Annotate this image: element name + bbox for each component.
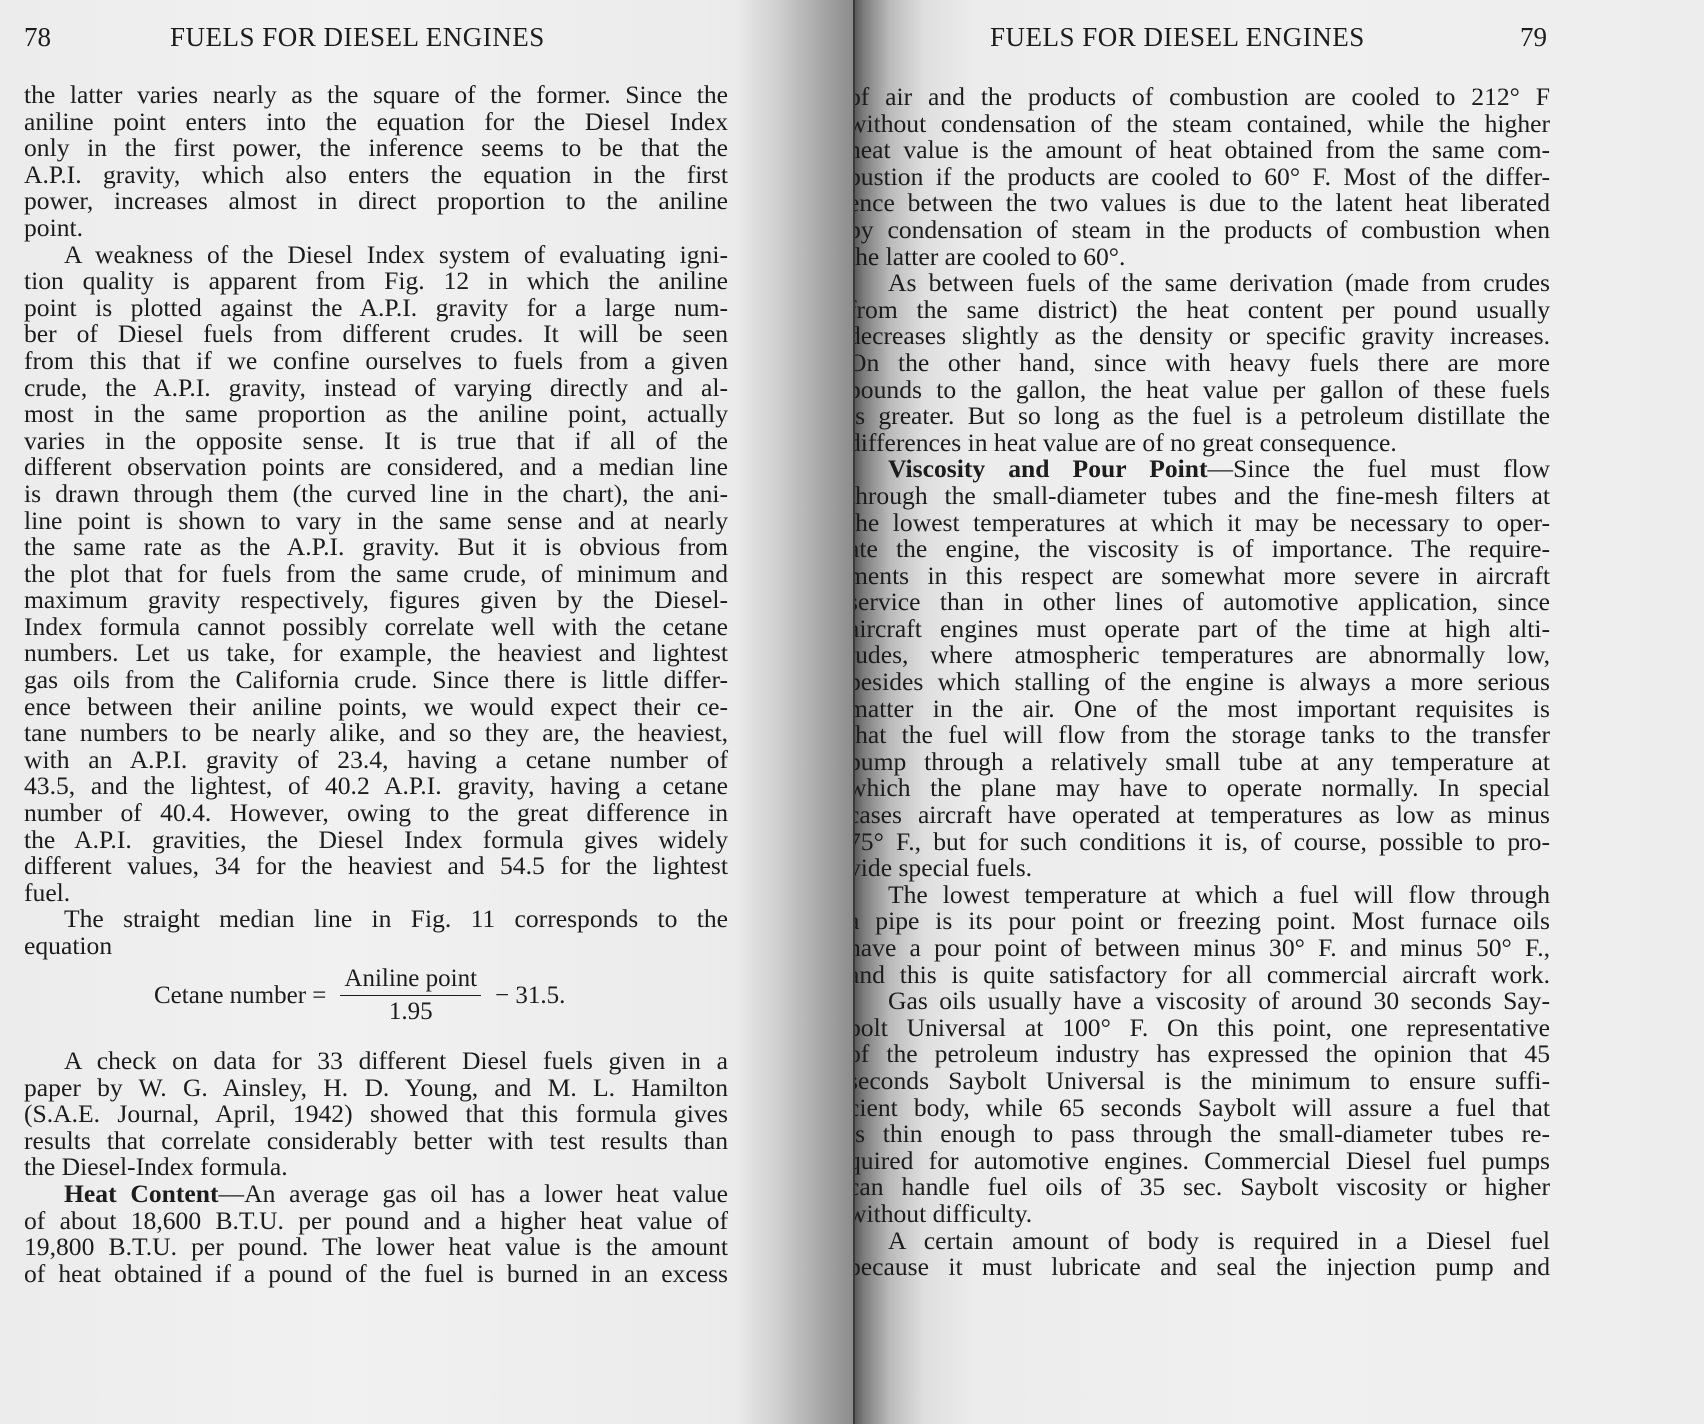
text-line: The lowest temperature at which a fuel w… — [855, 882, 1550, 909]
text-line: A.P.I. gravity, which also enters the eq… — [24, 162, 728, 189]
text-line: 75° F., but for such conditions it is, o… — [855, 829, 1550, 856]
text-line: is greater. But so long as the fuel is a… — [855, 403, 1550, 430]
text-line: results that correlate considerably bett… — [24, 1128, 728, 1155]
text-line: number of 40.4. However, owing to the gr… — [24, 800, 728, 827]
body-text-left-a: the latter varies nearly as the square o… — [24, 82, 728, 960]
heat-content-line: Heat Content—An average gas oil has a lo… — [24, 1181, 728, 1208]
text-line: tane numbers to be nearly alike, and so … — [24, 720, 728, 747]
text-line: decreases slightly as the density or spe… — [855, 323, 1550, 350]
text-run: —Since the fuel must flow — [1208, 454, 1551, 483]
text-line: On the other hand, since with heavy fuel… — [855, 350, 1550, 377]
text-line: quired for automotive engines. Commercia… — [855, 1148, 1550, 1175]
text-line: The straight median line in Fig. 11 corr… — [24, 906, 728, 933]
text-line: fuel. — [24, 880, 728, 907]
right-page: FUELS FOR DIESEL ENGINES 79 of air and t… — [855, 0, 1704, 1424]
text-line: A weakness of the Diesel Index system of… — [24, 242, 728, 269]
text-line: A check on data for 33 different Diesel … — [24, 1048, 728, 1075]
text-line: A certain amount of body is required in … — [855, 1228, 1550, 1255]
text-line: that the fuel will flow from the storage… — [855, 722, 1550, 749]
body-text-left-b: A check on data for 33 different Diesel … — [24, 1048, 728, 1287]
text-line: ber of Diesel fuels from different crude… — [24, 321, 728, 348]
text-line: from the same district) the heat content… — [855, 297, 1550, 324]
text-line: is thin enough to pass through the small… — [855, 1121, 1550, 1148]
text-line: 43.5, and the lightest, of 40.2 A.P.I. g… — [24, 773, 728, 800]
text-line: have a pour point of between minus 30° F… — [855, 935, 1550, 962]
equation-rhs: − 31.5. — [495, 982, 565, 1010]
text-line: without difficulty. — [855, 1201, 1550, 1228]
text-line: seconds Saybolt Universal is the minimum… — [855, 1068, 1550, 1095]
equation-fraction: Aniline point 1.95 — [340, 965, 481, 1026]
equation-denominator: 1.95 — [389, 996, 433, 1026]
text-line: different observation points are conside… — [24, 454, 728, 481]
text-line: aniline point enters into the equation f… — [24, 109, 728, 136]
text-line: the plot that for fuels from the same cr… — [24, 561, 728, 588]
text-line: with an A.P.I. gravity of 23.4, having a… — [24, 747, 728, 774]
text-line: Gas oils usually have a viscosity of aro… — [855, 988, 1550, 1015]
text-line: cient body, while 65 seconds Saybolt wil… — [855, 1095, 1550, 1122]
text-line: differences in heat value are of no grea… — [855, 430, 1550, 457]
text-line: ence between the two values is due to th… — [855, 190, 1550, 217]
text-line: As between fuels of the same derivation … — [855, 270, 1550, 297]
text-line: tion quality is apparent from Fig. 12 in… — [24, 268, 728, 295]
text-line: without condensation of the steam contai… — [855, 111, 1550, 138]
text-line: (S.A.E. Journal, April, 1942) showed tha… — [24, 1101, 728, 1128]
text-line: point. — [24, 215, 728, 242]
text-line: bolt Universal at 100° F. On this point,… — [855, 1015, 1550, 1042]
text-line: matter in the air. One of the most impor… — [855, 696, 1550, 723]
text-line: can handle fuel oils of 35 sec. Saybolt … — [855, 1174, 1550, 1201]
text-line: crude, the A.P.I. gravity, instead of va… — [24, 375, 728, 402]
cetane-equation: Cetane number = Aniline point 1.95 − 31.… — [154, 965, 565, 1026]
equation-numerator: Aniline point — [340, 965, 481, 996]
text-line: is drawn through them (the curved line i… — [24, 481, 728, 508]
text-line: paper by W. G. Ainsley, H. D. Young, and… — [24, 1075, 728, 1102]
text-line: the same rate as the A.P.I. gravity. But… — [24, 534, 728, 561]
text-line: which the plane may have to operate norm… — [855, 775, 1550, 802]
text-line: pounds to the gallon, the heat value per… — [855, 377, 1550, 404]
text-line: ments in this respect are somewhat more … — [855, 563, 1550, 590]
text-line: only in the first power, the inference s… — [24, 135, 728, 162]
text-line: heat value is the amount of heat obtaine… — [855, 137, 1550, 164]
text-line: bustion if the products are cooled to 60… — [855, 164, 1550, 191]
text-line: the lowest temperatures at which it may … — [855, 510, 1550, 537]
text-line: equation — [24, 933, 728, 960]
page-number: 79 — [1520, 22, 1547, 53]
text-line: most in the same proportion as the anili… — [24, 401, 728, 428]
text-line: of the petroleum industry has expressed … — [855, 1041, 1550, 1068]
section-heading-viscosity: Viscosity and Pour Point — [888, 454, 1208, 483]
text-line: cases aircraft have operated at temperat… — [855, 802, 1550, 829]
text-line: different values, 34 for the heaviest an… — [24, 853, 728, 880]
text-line: power, increases almost in direct propor… — [24, 188, 728, 215]
text-line: numbers. Let us take, for example, the h… — [24, 640, 728, 667]
text-line: of about 18,600 B.T.U. per pound and a h… — [24, 1208, 728, 1235]
text-line: 19,800 B.T.U. per pound. The lower heat … — [24, 1234, 728, 1261]
text-line: gas oils from the California crude. Sinc… — [24, 667, 728, 694]
text-line: of heat obtained if a pound of the fuel … — [24, 1261, 728, 1288]
text-line: of air and the products of combustion ar… — [855, 84, 1550, 111]
text-line: by condensation of steam in the products… — [855, 217, 1550, 244]
viscosity-heading-line: Viscosity and Pour Point—Since the fuel … — [855, 456, 1550, 483]
text-line: and this is quite satisfactory for all c… — [855, 962, 1550, 989]
text-line: besides which stalling of the engine is … — [855, 669, 1550, 696]
text-line: service than in other lines of automotiv… — [855, 589, 1550, 616]
text-line: ate the engine, the viscosity is of impo… — [855, 536, 1550, 563]
body-text-right: of air and the products of combustion ar… — [855, 84, 1550, 1281]
text-run: —An average gas oil has a lower heat val… — [219, 1179, 728, 1208]
page-number: 78 — [24, 22, 51, 53]
text-line: a pipe is its pour point or freezing poi… — [855, 908, 1550, 935]
text-line: ence between their aniline points, we wo… — [24, 694, 728, 721]
text-line: aircraft engines must operate part of th… — [855, 616, 1550, 643]
text-line: the latter are cooled to 60°. — [855, 244, 1550, 271]
text-line: pump through a relatively small tube at … — [855, 749, 1550, 776]
text-line: varies in the opposite sense. It is true… — [24, 428, 728, 455]
text-line: the A.P.I. gravities, the Diesel Index f… — [24, 827, 728, 854]
text-line: maximum gravity respectively, figures gi… — [24, 587, 728, 614]
left-page: 78 FUELS FOR DIESEL ENGINES the latter v… — [0, 0, 855, 1424]
text-line: point is plotted against the A.P.I. grav… — [24, 295, 728, 322]
text-line: from this that if we confine ourselves t… — [24, 348, 728, 375]
text-line: through the small-diameter tubes and the… — [855, 483, 1550, 510]
text-line: Index formula cannot possibly correlate … — [24, 614, 728, 641]
running-head: FUELS FOR DIESEL ENGINES — [170, 22, 545, 53]
text-line: line point is shown to vary in the same … — [24, 508, 728, 535]
text-line: the Diesel-Index formula. — [24, 1154, 728, 1181]
text-line: because it must lubricate and seal the i… — [855, 1254, 1550, 1281]
text-line: the latter varies nearly as the square o… — [24, 82, 728, 109]
running-head: FUELS FOR DIESEL ENGINES — [990, 22, 1365, 53]
equation-lhs: Cetane number = — [154, 982, 326, 1010]
section-heading-heat-content: Heat Content — [64, 1179, 219, 1208]
text-line: tudes, where atmospheric temperatures ar… — [855, 642, 1550, 669]
text-line: vide special fuels. — [855, 855, 1550, 882]
